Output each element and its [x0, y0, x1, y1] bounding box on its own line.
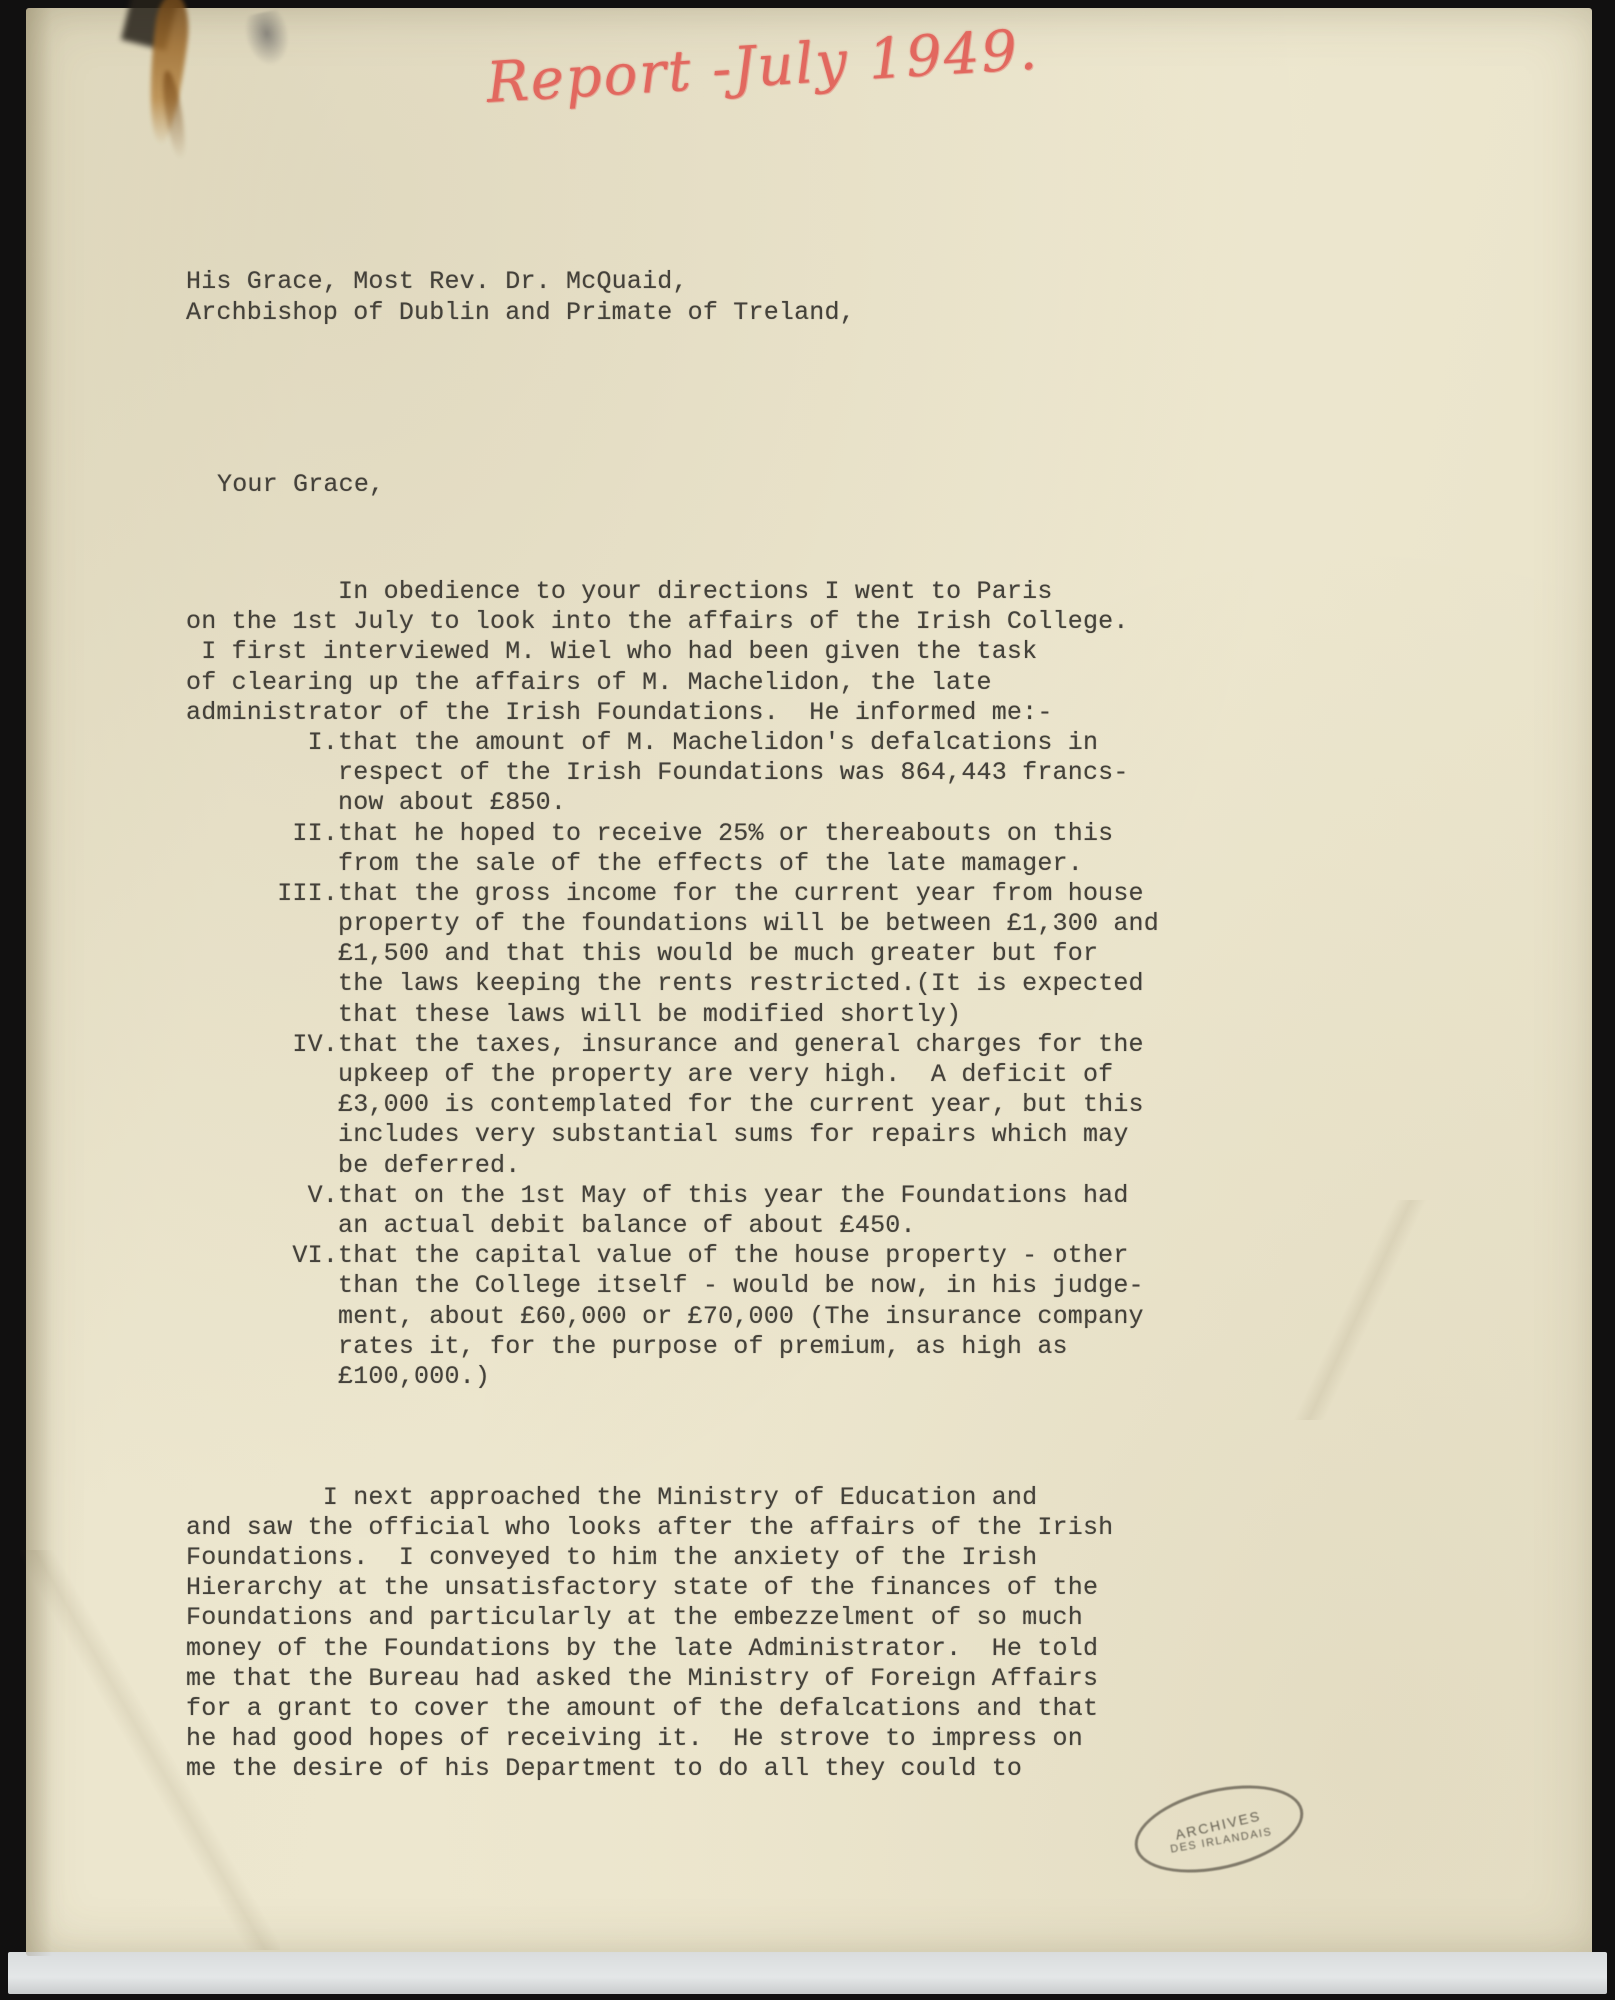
body-line: upkeep of the property are very high. A …	[186, 1060, 1159, 1090]
body-line: me that the Bureau had asked the Ministr…	[186, 1664, 1159, 1694]
body-line: for a grant to cover the amount of the d…	[186, 1694, 1159, 1724]
body-line: £1,500 and that this would be much great…	[186, 939, 1159, 969]
body-line: administrator of the Irish Foundations. …	[186, 698, 1159, 728]
paper-crease	[1150, 1200, 1570, 1420]
body-line	[186, 1392, 1159, 1422]
body-line: Foundations. I conveyed to him the anxie…	[186, 1543, 1159, 1573]
body-line: from the sale of the effects of the late…	[186, 849, 1159, 879]
body-line: Hierarchy at the unsatisfactory state of…	[186, 1573, 1159, 1603]
body-line: £3,000 is contemplated for the current y…	[186, 1090, 1159, 1120]
body-line: I next approached the Ministry of Educat…	[186, 1483, 1159, 1513]
body-line: me the desire of his Department to do al…	[186, 1754, 1159, 1784]
body-line: than the College itself - would be now, …	[186, 1271, 1159, 1301]
recipient-line: His Grace, Most Rev. Dr. McQuaid,	[186, 266, 855, 297]
letter-body: In obedience to your directions I went t…	[186, 577, 1159, 1785]
body-line: that these laws will be modified shortly…	[186, 1000, 1159, 1030]
body-line: I first interviewed M. Wiel who had been…	[186, 637, 1159, 667]
body-line	[186, 1422, 1159, 1452]
body-line: IV.that the taxes, insurance and general…	[186, 1030, 1159, 1060]
body-line: of clearing up the affairs of M. Macheli…	[186, 668, 1159, 698]
body-line: he had good hopes of receiving it. He st…	[186, 1724, 1159, 1754]
body-line: rates it, for the purpose of premium, as…	[186, 1332, 1159, 1362]
body-line: and saw the official who looks after the…	[186, 1513, 1159, 1543]
recipient-address: His Grace, Most Rev. Dr. McQuaid,Archbis…	[186, 266, 855, 328]
salutation: Your Grace,	[217, 470, 384, 500]
scanner-bed-strip	[8, 1952, 1607, 1994]
body-line: on the 1st July to look into the affairs…	[186, 607, 1159, 637]
body-line: money of the Foundations by the late Adm…	[186, 1634, 1159, 1664]
body-line: includes very substantial sums for repai…	[186, 1120, 1159, 1150]
body-line: ment, about £60,000 or £70,000 (The insu…	[186, 1302, 1159, 1332]
body-line: III.that the gross income for the curren…	[186, 879, 1159, 909]
body-line: VI.that the capital value of the house p…	[186, 1241, 1159, 1271]
body-line: II.that he hoped to receive 25% or there…	[186, 819, 1159, 849]
body-line: respect of the Irish Foundations was 864…	[186, 758, 1159, 788]
body-line: In obedience to your directions I went t…	[186, 577, 1159, 607]
body-line: the laws keeping the rents restricted.(I…	[186, 969, 1159, 999]
body-line: property of the foundations will be betw…	[186, 909, 1159, 939]
recipient-line: Archbishop of Dublin and Primate of Trel…	[186, 297, 855, 328]
body-line: I.that the amount of M. Machelidon's def…	[186, 728, 1159, 758]
body-line: an actual debit balance of about £450.	[186, 1211, 1159, 1241]
body-line: Foundations and particularly at the embe…	[186, 1603, 1159, 1633]
body-line: £100,000.)	[186, 1362, 1159, 1392]
body-line: now about £850.	[186, 788, 1159, 818]
scanned-letter: Report -July 1949. His Grace, Most Rev. …	[0, 0, 1615, 2000]
salutation-line: Your Grace,	[217, 470, 384, 500]
body-line: V.that on the 1st May of this year the F…	[186, 1181, 1159, 1211]
body-line	[186, 1452, 1159, 1482]
body-line: be deferred.	[186, 1151, 1159, 1181]
